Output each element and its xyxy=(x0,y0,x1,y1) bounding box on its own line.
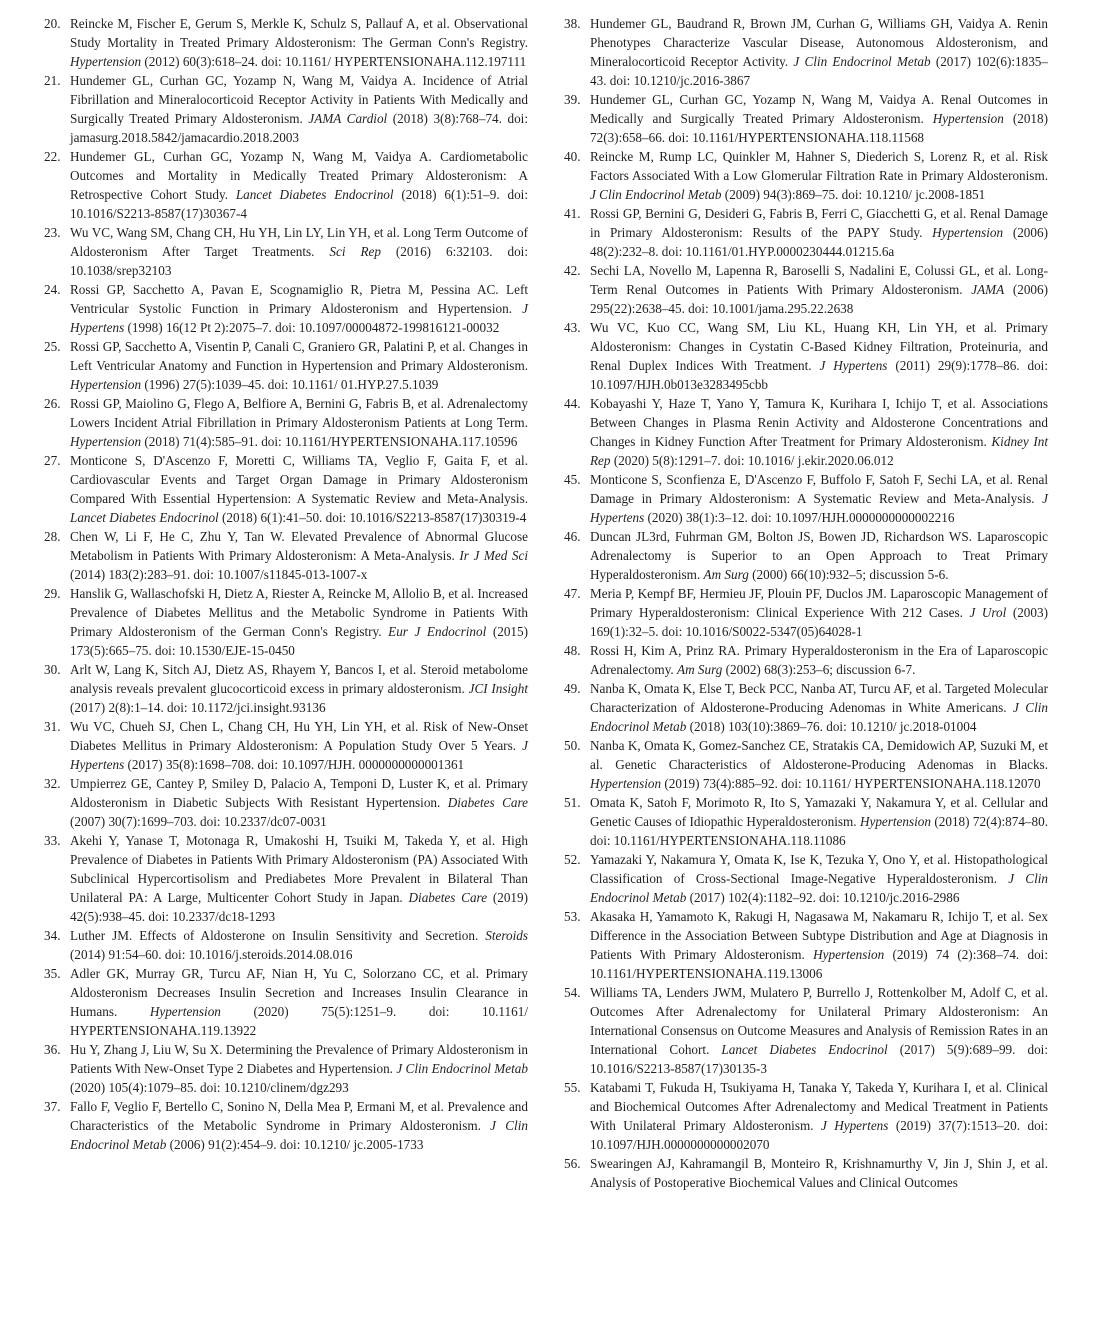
reference-column-right: 38.Hundemer GL, Baudrand R, Brown JM, Cu… xyxy=(564,14,1048,1192)
reference-entry: 48.Rossi H, Kim A, Prinz RA. Primary Hyp… xyxy=(564,641,1048,679)
reference-entry: 32.Umpierrez GE, Cantey P, Smiley D, Pal… xyxy=(44,774,528,831)
reference-entry: 21.Hundemer GL, Curhan GC, Yozamp N, Wan… xyxy=(44,71,528,147)
journal-name: Hypertension xyxy=(590,776,661,791)
reference-number: 51. xyxy=(564,793,580,812)
reference-details: (2002) 68(3):253–6; discussion 6-7. xyxy=(722,662,915,677)
reference-citation: Reincke M, Rump LC, Quinkler M, Hahner S… xyxy=(590,149,1048,183)
journal-name: Lancet Diabetes Endocrinol xyxy=(236,187,394,202)
reference-column-left: 20.Reincke M, Fischer E, Gerum S, Merkle… xyxy=(44,14,528,1154)
reference-number: 44. xyxy=(564,394,580,413)
journal-name: Ir J Med Sci xyxy=(459,548,528,563)
journal-name: Lancet Diabetes Endocrinol xyxy=(721,1042,887,1057)
reference-citation: Rossi GP, Maiolino G, Flego A, Belfiore … xyxy=(70,396,528,430)
reference-entry: 30.Arlt W, Lang K, Sitch AJ, Dietz AS, R… xyxy=(44,660,528,717)
reference-number: 26. xyxy=(44,394,60,413)
reference-citation: Rossi GP, Sacchetto A, Visentin P, Canal… xyxy=(70,339,528,373)
reference-citation: Wu VC, Chueh SJ, Chen L, Chang CH, Hu YH… xyxy=(70,719,528,753)
journal-name: Hypertension xyxy=(932,225,1003,240)
reference-citation: Fallo F, Veglio F, Bertello C, Sonino N,… xyxy=(70,1099,528,1133)
reference-entry: 31.Wu VC, Chueh SJ, Chen L, Chang CH, Hu… xyxy=(44,717,528,774)
reference-citation: Nanba K, Omata K, Else T, Beck PCC, Nanb… xyxy=(590,681,1048,715)
reference-details: (2012) 60(3):618–24. doi: 10.1161/ HYPER… xyxy=(141,54,526,69)
reference-number: 36. xyxy=(44,1040,60,1059)
reference-citation: Arlt W, Lang K, Sitch AJ, Dietz AS, Rhay… xyxy=(70,662,528,696)
reference-details: (2018) 71(4):585–91. doi: 10.1161/HYPERT… xyxy=(141,434,517,449)
reference-entry: 33.Akehi Y, Yanase T, Motonaga R, Umakos… xyxy=(44,831,528,926)
reference-details: (2009) 94(3):869–75. doi: 10.1210/ jc.20… xyxy=(722,187,986,202)
journal-name: Diabetes Care xyxy=(409,890,488,905)
journal-name: Hypertension xyxy=(813,947,884,962)
reference-number: 28. xyxy=(44,527,60,546)
reference-number: 55. xyxy=(564,1078,580,1097)
reference-number: 21. xyxy=(44,71,60,90)
journal-name: J Urol xyxy=(969,605,1006,620)
reference-entry: 29.Hanslik G, Wallaschofski H, Dietz A, … xyxy=(44,584,528,660)
reference-list-left: 20.Reincke M, Fischer E, Gerum S, Merkle… xyxy=(44,14,528,1154)
journal-name: J Hypertens xyxy=(820,358,888,373)
reference-list-right: 38.Hundemer GL, Baudrand R, Brown JM, Cu… xyxy=(564,14,1048,1192)
journal-name: Hypertension xyxy=(70,54,141,69)
reference-details: (1996) 27(5):1039–45. doi: 10.1161/ 01.H… xyxy=(141,377,438,392)
reference-number: 46. xyxy=(564,527,580,546)
reference-number: 22. xyxy=(44,147,60,166)
journal-name: Sci Rep xyxy=(329,244,381,259)
reference-number: 37. xyxy=(44,1097,60,1116)
journal-name: Hypertension xyxy=(70,434,141,449)
reference-entry: 47.Meria P, Kempf BF, Hermieu JF, Plouin… xyxy=(564,584,1048,641)
reference-details: (2017) 102(4):1182–92. doi: 10.1210/jc.2… xyxy=(686,890,959,905)
reference-entry: 36.Hu Y, Zhang J, Liu W, Su X. Determini… xyxy=(44,1040,528,1097)
reference-citation: Nanba K, Omata K, Gomez-Sanchez CE, Stra… xyxy=(590,738,1048,772)
journal-name: Steroids xyxy=(485,928,528,943)
journal-name: J Hypertens xyxy=(821,1118,888,1133)
reference-citation: Swearingen AJ, Kahramangil B, Monteiro R… xyxy=(590,1156,1048,1190)
reference-details: (2019) 73(4):885–92. doi: 10.1161/ HYPER… xyxy=(661,776,1041,791)
journal-name: Diabetes Care xyxy=(448,795,528,810)
reference-details: (2017) 2(8):1–14. doi: 10.1172/jci.insig… xyxy=(70,700,326,715)
reference-details: (2014) 91:54–60. doi: 10.1016/j.steroids… xyxy=(70,947,352,962)
reference-details: (2007) 30(7):1699–703. doi: 10.2337/dc07… xyxy=(70,814,327,829)
reference-details: (2020) 38(1):3–12. doi: 10.1097/HJH.0000… xyxy=(644,510,954,525)
reference-number: 50. xyxy=(564,736,580,755)
reference-details: (2020) 105(4):1079–85. doi: 10.1210/clin… xyxy=(70,1080,349,1095)
reference-details: (2014) 183(2):283–91. doi: 10.1007/s1184… xyxy=(70,567,367,582)
reference-entry: 53.Akasaka H, Yamamoto K, Rakugi H, Naga… xyxy=(564,907,1048,983)
reference-number: 45. xyxy=(564,470,580,489)
journal-name: JCI Insight xyxy=(469,681,528,696)
reference-number: 27. xyxy=(44,451,60,470)
reference-number: 54. xyxy=(564,983,580,1002)
reference-entry: 34.Luther JM. Effects of Aldosterone on … xyxy=(44,926,528,964)
reference-number: 29. xyxy=(44,584,60,603)
reference-entry: 54.Williams TA, Lenders JWM, Mulatero P,… xyxy=(564,983,1048,1078)
journal-name: Eur J Endocrinol xyxy=(388,624,486,639)
journal-name: J Clin Endocrinol Metab xyxy=(396,1061,528,1076)
journal-name: Am Surg xyxy=(704,567,749,582)
reference-entry: 41.Rossi GP, Bernini G, Desideri G, Fabr… xyxy=(564,204,1048,261)
reference-entry: 56.Swearingen AJ, Kahramangil B, Monteir… xyxy=(564,1154,1048,1192)
reference-citation: Yamazaki Y, Nakamura Y, Omata K, Ise K, … xyxy=(590,852,1048,886)
reference-number: 53. xyxy=(564,907,580,926)
reference-details: (1998) 16(12 Pt 2):2075–7. doi: 10.1097/… xyxy=(124,320,499,335)
reference-entry: 26.Rossi GP, Maiolino G, Flego A, Belfio… xyxy=(44,394,528,451)
reference-number: 47. xyxy=(564,584,580,603)
reference-entry: 46.Duncan JL3rd, Fuhrman GM, Bolton JS, … xyxy=(564,527,1048,584)
reference-entry: 52.Yamazaki Y, Nakamura Y, Omata K, Ise … xyxy=(564,850,1048,907)
reference-citation: Monticone S, D'Ascenzo F, Moretti C, Wil… xyxy=(70,453,528,506)
journal-name: Lancet Diabetes Endocrinol xyxy=(70,510,219,525)
journal-name: Hypertension xyxy=(860,814,931,829)
reference-citation: Luther JM. Effects of Aldosterone on Ins… xyxy=(70,928,485,943)
reference-details: (2017) 35(8):1698–708. doi: 10.1097/HJH.… xyxy=(124,757,464,772)
reference-number: 38. xyxy=(564,14,580,33)
reference-entry: 40.Reincke M, Rump LC, Quinkler M, Hahne… xyxy=(564,147,1048,204)
reference-entry: 42.Sechi LA, Novello M, Lapenna R, Baros… xyxy=(564,261,1048,318)
reference-entry: 37.Fallo F, Veglio F, Bertello C, Sonino… xyxy=(44,1097,528,1154)
reference-details: (2018) 103(10):3869–76. doi: 10.1210/ jc… xyxy=(686,719,976,734)
journal-name: Hypertension xyxy=(933,111,1004,126)
reference-number: 39. xyxy=(564,90,580,109)
reference-number: 34. xyxy=(44,926,60,945)
journal-name: Hypertension xyxy=(70,377,141,392)
reference-details: (2006) 91(2):454–9. doi: 10.1210/ jc.200… xyxy=(166,1137,423,1152)
reference-entry: 20.Reincke M, Fischer E, Gerum S, Merkle… xyxy=(44,14,528,71)
reference-number: 48. xyxy=(564,641,580,660)
reference-entry: 22.Hundemer GL, Curhan GC, Yozamp N, Wan… xyxy=(44,147,528,223)
reference-entry: 39.Hundemer GL, Curhan GC, Yozamp N, Wan… xyxy=(564,90,1048,147)
reference-number: 33. xyxy=(44,831,60,850)
reference-entry: 55.Katabami T, Fukuda H, Tsukiyama H, Ta… xyxy=(564,1078,1048,1154)
reference-entry: 35.Adler GK, Murray GR, Turcu AF, Nian H… xyxy=(44,964,528,1040)
reference-number: 56. xyxy=(564,1154,580,1173)
reference-number: 24. xyxy=(44,280,60,299)
reference-number: 40. xyxy=(564,147,580,166)
reference-number: 42. xyxy=(564,261,580,280)
reference-entry: 45.Monticone S, Sconfienza E, D'Ascenzo … xyxy=(564,470,1048,527)
reference-number: 23. xyxy=(44,223,60,242)
reference-entry: 44.Kobayashi Y, Haze T, Yano Y, Tamura K… xyxy=(564,394,1048,470)
reference-entry: 25.Rossi GP, Sacchetto A, Visentin P, Ca… xyxy=(44,337,528,394)
reference-citation: Reincke M, Fischer E, Gerum S, Merkle K,… xyxy=(70,16,528,50)
reference-entry: 27.Monticone S, D'Ascenzo F, Moretti C, … xyxy=(44,451,528,527)
reference-details: (2018) 6(1):41–50. doi: 10.1016/S2213-85… xyxy=(219,510,527,525)
journal-name: Hypertension xyxy=(150,1004,221,1019)
reference-entry: 23.Wu VC, Wang SM, Chang CH, Hu YH, Lin … xyxy=(44,223,528,280)
journal-name: J Clin Endocrinol Metab xyxy=(590,187,722,202)
reference-number: 25. xyxy=(44,337,60,356)
journal-name: J Clin Endocrinol Metab xyxy=(793,54,930,69)
reference-entry: 38.Hundemer GL, Baudrand R, Brown JM, Cu… xyxy=(564,14,1048,90)
reference-number: 20. xyxy=(44,14,60,33)
reference-entry: 50.Nanba K, Omata K, Gomez-Sanchez CE, S… xyxy=(564,736,1048,793)
reference-entry: 24.Rossi GP, Sacchetto A, Pavan E, Scogn… xyxy=(44,280,528,337)
reference-citation: Monticone S, Sconfienza E, D'Ascenzo F, … xyxy=(590,472,1048,506)
reference-number: 30. xyxy=(44,660,60,679)
reference-number: 31. xyxy=(44,717,60,736)
reference-entry: 43.Wu VC, Kuo CC, Wang SM, Liu KL, Huang… xyxy=(564,318,1048,394)
reference-details: (2020) 5(8):1291–7. doi: 10.1016/ j.ekir… xyxy=(611,453,894,468)
reference-number: 52. xyxy=(564,850,580,869)
reference-details: (2000) 66(10):932–5; discussion 5-6. xyxy=(749,567,949,582)
reference-citation: Rossi GP, Sacchetto A, Pavan E, Scognami… xyxy=(70,282,528,316)
reference-number: 35. xyxy=(44,964,60,983)
journal-name: Am Surg xyxy=(677,662,722,677)
journal-name: JAMA Cardiol xyxy=(308,111,387,126)
reference-number: 41. xyxy=(564,204,580,223)
reference-number: 32. xyxy=(44,774,60,793)
reference-entry: 49.Nanba K, Omata K, Else T, Beck PCC, N… xyxy=(564,679,1048,736)
reference-citation: Kobayashi Y, Haze T, Yano Y, Tamura K, K… xyxy=(590,396,1048,449)
reference-entry: 51.Omata K, Satoh F, Morimoto R, Ito S, … xyxy=(564,793,1048,850)
reference-entry: 28.Chen W, Li F, He C, Zhu Y, Tan W. Ele… xyxy=(44,527,528,584)
reference-number: 49. xyxy=(564,679,580,698)
journal-name: JAMA xyxy=(971,282,1004,297)
reference-number: 43. xyxy=(564,318,580,337)
